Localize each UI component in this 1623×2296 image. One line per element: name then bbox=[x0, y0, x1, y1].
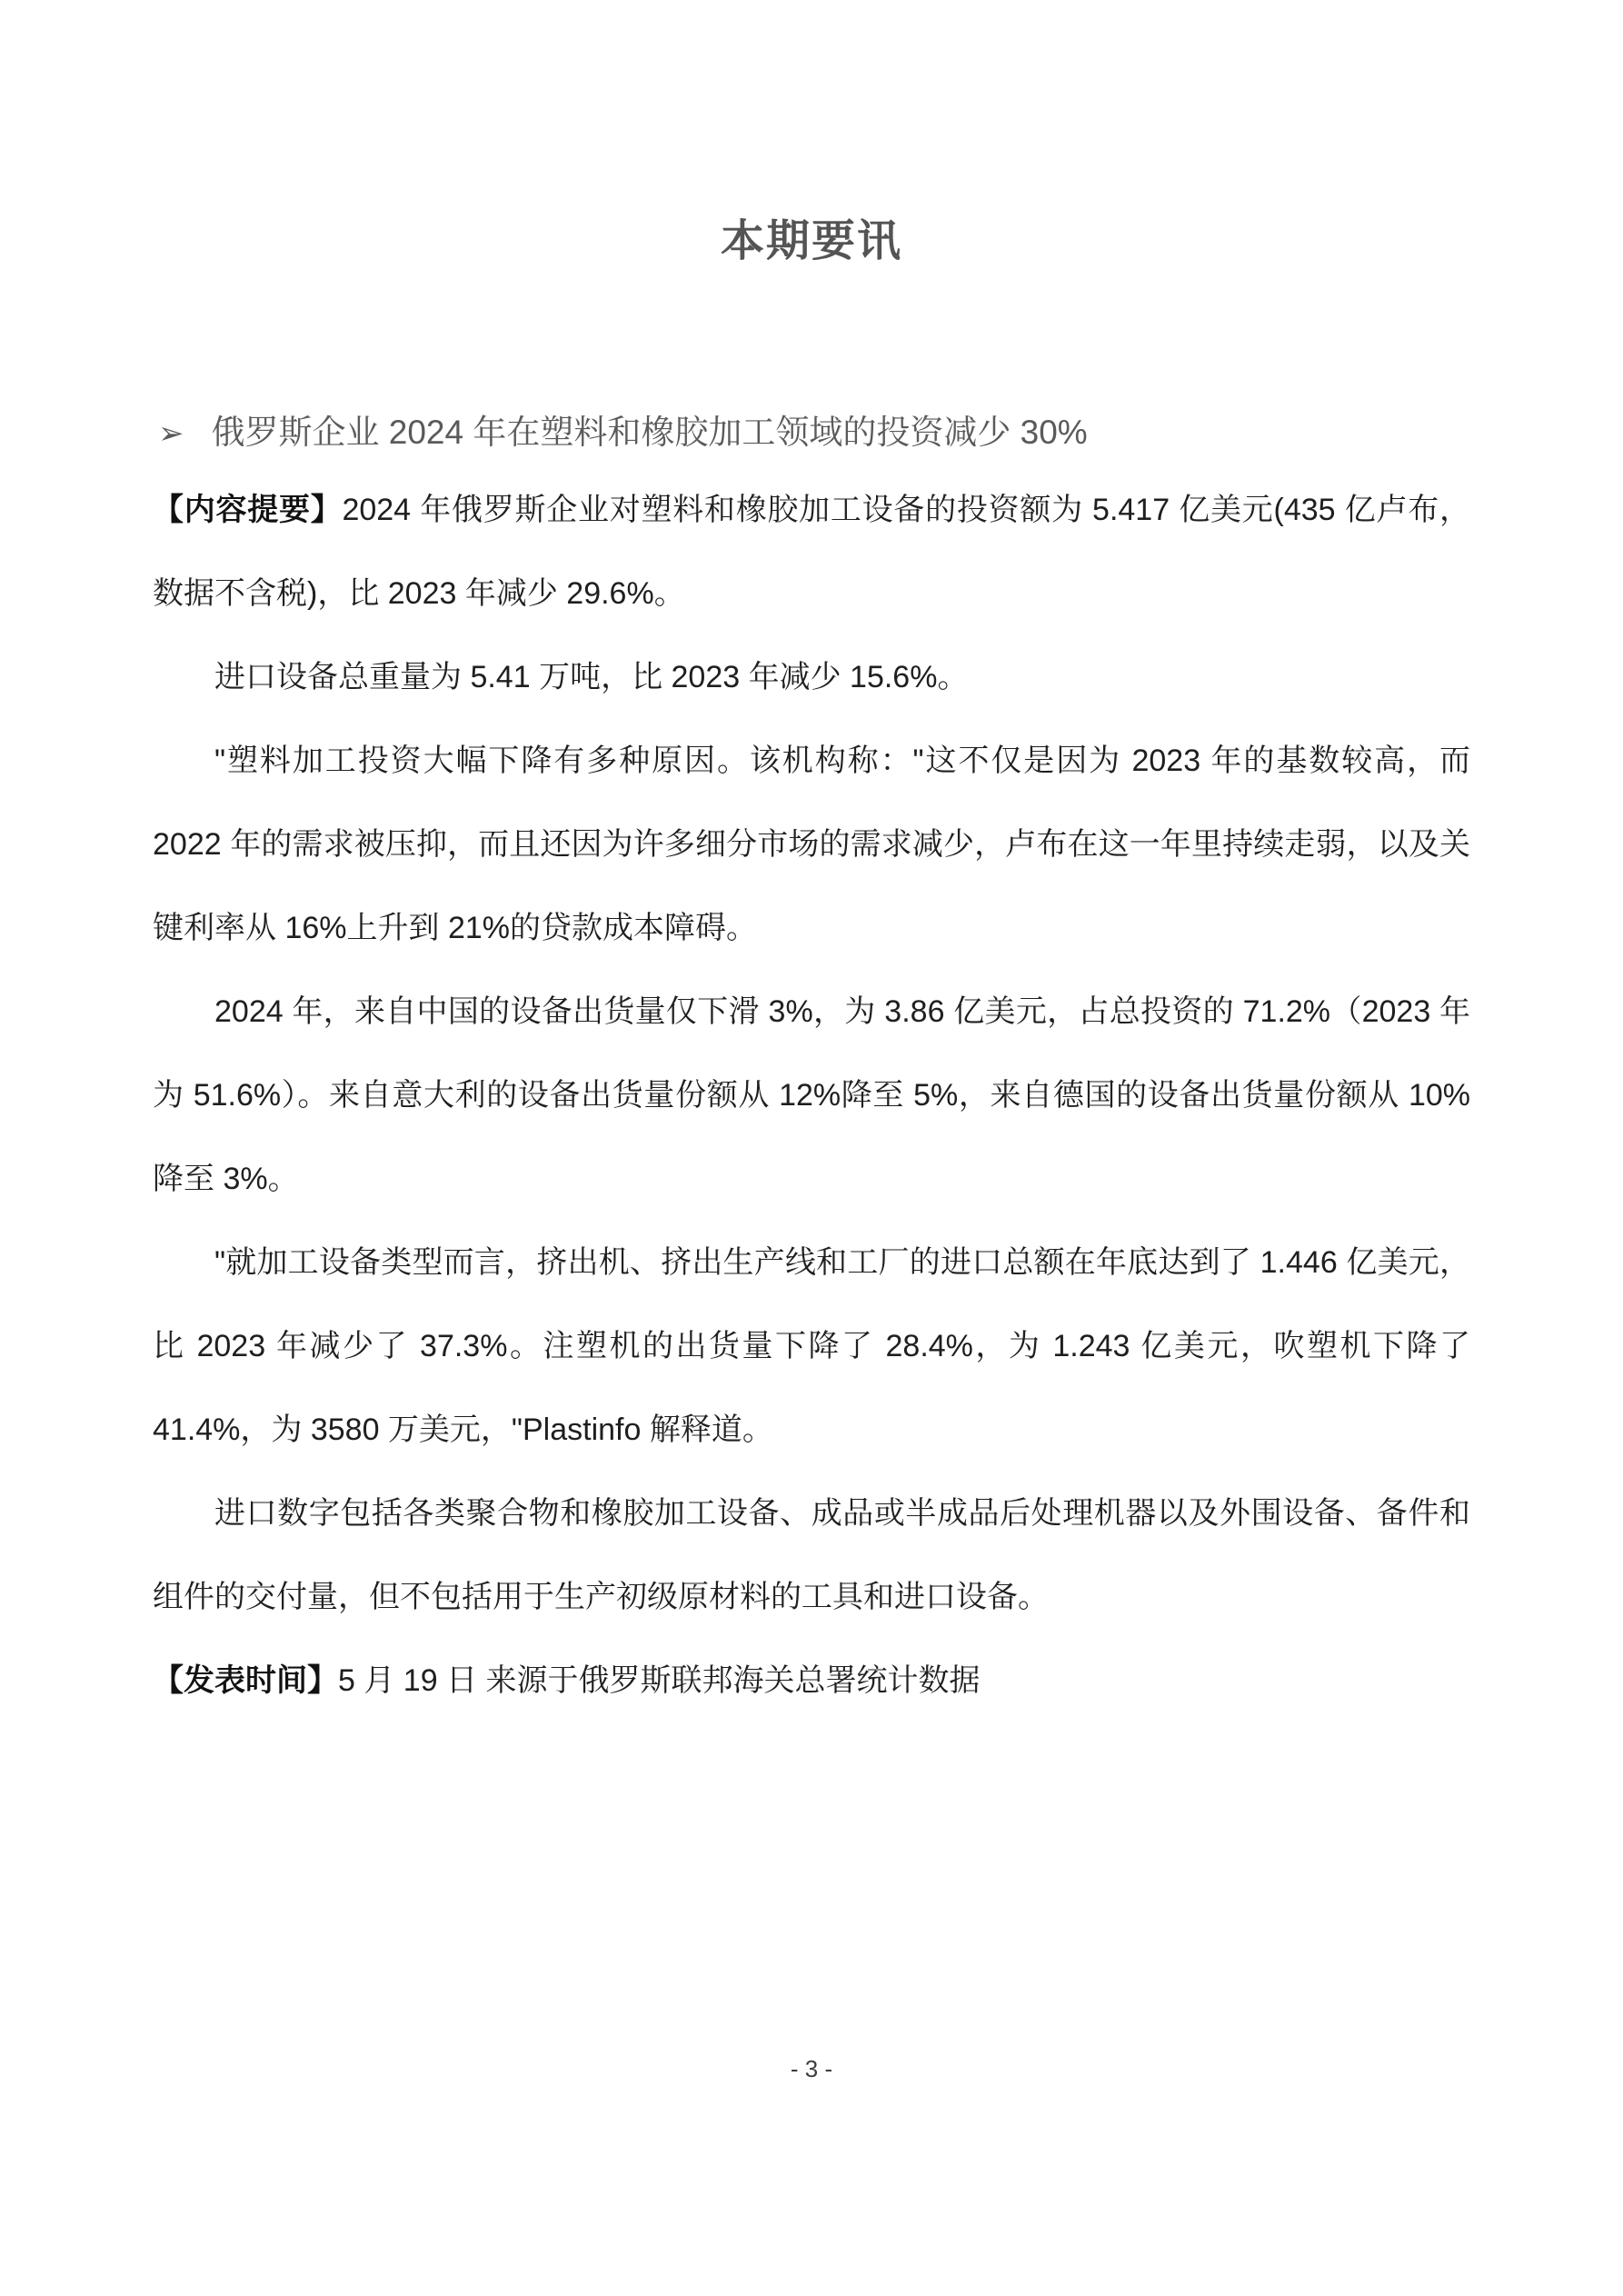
paragraph-publish-time: 【发表时间】5 月 19 日 来源于俄罗斯联邦海关总署统计数据 bbox=[153, 1639, 1470, 1722]
paragraph-text: 2024 年俄罗斯企业对塑料和橡胶加工设备的投资额为 5.417 亿美元(435… bbox=[153, 493, 1470, 611]
document-page: 本期要讯 ➢ 俄罗斯企业 2024 年在塑料和橡胶加工领域的投资减少 30% 【… bbox=[0, 0, 1623, 2296]
paragraph-summary: 【内容提要】2024 年俄罗斯企业对塑料和橡胶加工设备的投资额为 5.417 亿… bbox=[153, 468, 1470, 635]
bullet-text: 俄罗斯企业 2024 年在塑料和橡胶加工领域的投资减少 30% bbox=[212, 409, 1088, 456]
document-body: 【内容提要】2024 年俄罗斯企业对塑料和橡胶加工设备的投资额为 5.417 亿… bbox=[153, 468, 1470, 1722]
arrow-bullet-icon: ➢ bbox=[158, 410, 184, 457]
page-number: - 3 - bbox=[0, 2052, 1623, 2085]
paragraph-text: "塑料加工投资大幅下降有多种原因。该机构称："这不仅是因为 2023 年的基数较… bbox=[153, 744, 1470, 945]
paragraph-text: 进口设备总重量为 5.41 万吨，比 2023 年减少 15.6%。 bbox=[214, 660, 968, 694]
paragraph-text: 进口数字包括各类聚合物和橡胶加工设备、成品或半成品后处理机器以及外围设备、备件和… bbox=[153, 1496, 1470, 1614]
paragraph-label: 【内容提要】 bbox=[153, 493, 342, 527]
paragraph: 进口数字包括各类聚合物和橡胶加工设备、成品或半成品后处理机器以及外围设备、备件和… bbox=[153, 1472, 1470, 1639]
paragraph: 进口设备总重量为 5.41 万吨，比 2023 年减少 15.6%。 bbox=[153, 635, 1470, 719]
paragraph: 2024 年，来自中国的设备出货量仅下滑 3%，为 3.86 亿美元，占总投资的… bbox=[153, 970, 1470, 1221]
paragraph-label: 【发表时间】 bbox=[153, 1663, 338, 1698]
bullet-item: ➢ 俄罗斯企业 2024 年在塑料和橡胶加工领域的投资减少 30% bbox=[153, 409, 1470, 457]
paragraph-text: "就加工设备类型而言，挤出机、挤出生产线和工厂的进口总额在年底达到了 1.446… bbox=[153, 1245, 1470, 1447]
paragraph-text: 2024 年，来自中国的设备出货量仅下滑 3%，为 3.86 亿美元，占总投资的… bbox=[153, 994, 1470, 1196]
paragraph: "就加工设备类型而言，挤出机、挤出生产线和工厂的进口总额在年底达到了 1.446… bbox=[153, 1221, 1470, 1472]
paragraph-text: 5 月 19 日 来源于俄罗斯联邦海关总署统计数据 bbox=[338, 1663, 981, 1698]
paragraph: "塑料加工投资大幅下降有多种原因。该机构称："这不仅是因为 2023 年的基数较… bbox=[153, 719, 1470, 970]
page-title: 本期要讯 bbox=[153, 0, 1470, 271]
